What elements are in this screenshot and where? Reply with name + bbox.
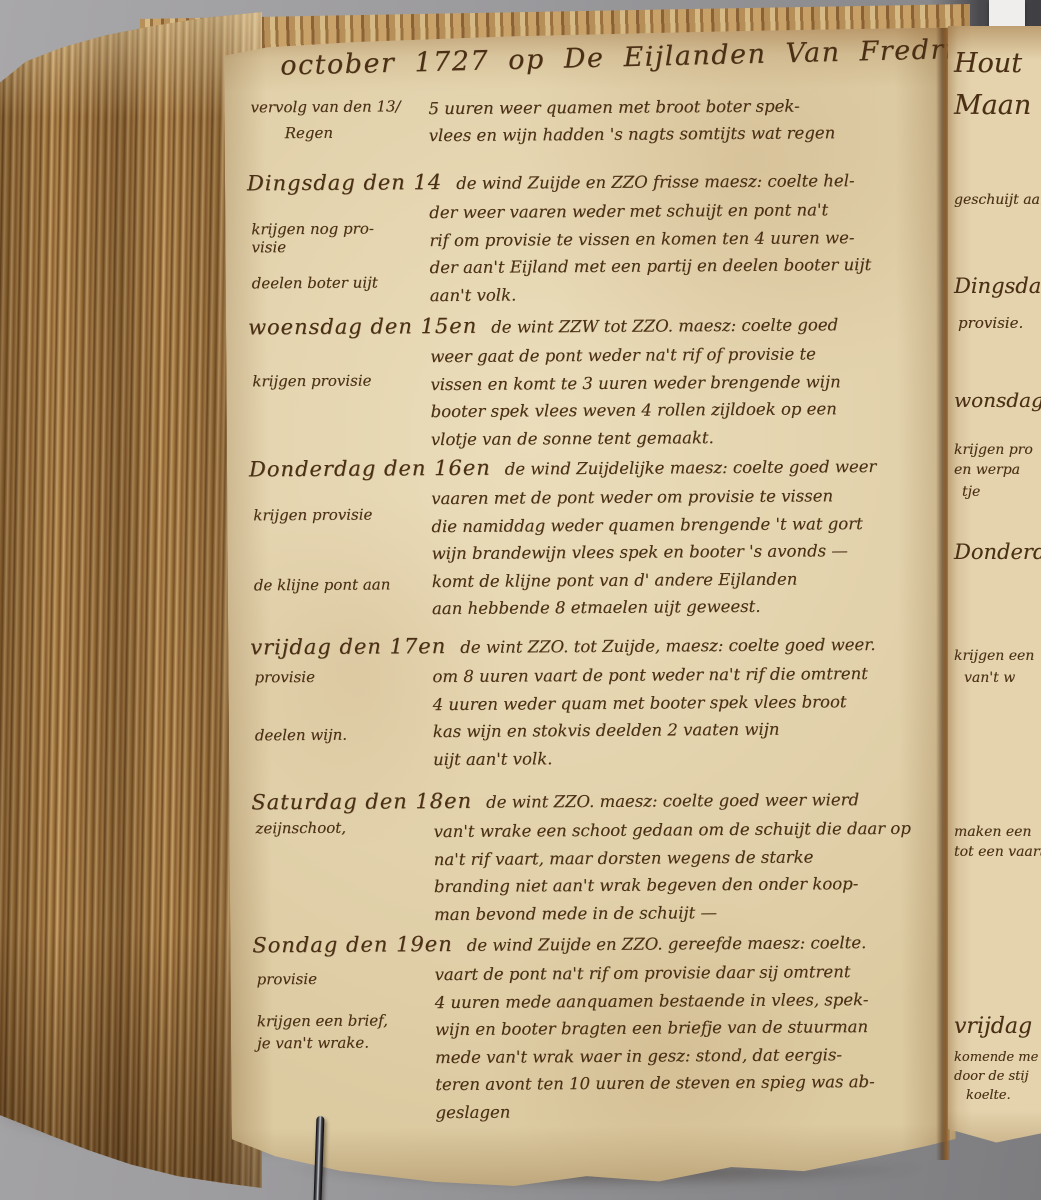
next-page-fragment: door de stij	[954, 1069, 1029, 1084]
next-page-fragment: wonsdag	[954, 388, 1041, 412]
entry-line: mede van't wrak waer in gesz: stond, dat…	[435, 1040, 947, 1071]
entry-line: komt de klijne pont van d' andere Eijlan…	[432, 564, 944, 595]
intro-block: vervolg van den 13/ Regen 5 uuren weer q…	[246, 92, 938, 151]
entry-line: 4 uuren mede aanquamen bestaende in vlee…	[435, 985, 947, 1016]
entry-day-heading: Donderdag den 16en	[249, 456, 491, 482]
entry-line: branding niet aan't wrak begeven den ond…	[434, 870, 946, 901]
book-fore-edge-pages	[0, 12, 262, 1188]
page-content: october 1727 op De Eijlanden Van Fredrik…	[224, 27, 956, 1192]
margin-note: krijgen nog pro-	[251, 219, 427, 238]
entry-day-heading: vrijdag den 17en	[250, 634, 446, 659]
next-page-fragment: geschuijt aan't	[954, 192, 1041, 208]
entry-line: vlotje van de sonne tent gemaakt.	[431, 422, 943, 453]
manuscript-photo: october 1727 op De Eijlanden Van Fredrik…	[0, 0, 1041, 1200]
next-page-fragment: Dingsda	[954, 274, 1041, 298]
margin-note: zeijnschoot,	[255, 818, 431, 837]
entry-line: booter spek vlees weven 4 rollen zijldoe…	[431, 395, 943, 426]
next-page-fragment: krijgen een	[954, 648, 1034, 664]
margin-note: vervolg van den 13/	[250, 97, 426, 116]
entry-first-line: de wind Zuijde en ZZO. gereefde maesz: c…	[467, 933, 867, 955]
intro-lines: 5 uuren weer quamen met broot boter spek…	[428, 92, 938, 150]
entry-line: vaaren met de pont weder om provisie te …	[431, 482, 943, 513]
next-page-fragment: provisie.	[958, 314, 1023, 332]
entry-line: die namiddag weder quamen brengende 't w…	[431, 509, 943, 540]
margin-note: Regen	[285, 123, 461, 142]
next-page-fragment: tot een vaart	[954, 844, 1041, 860]
entry-line: teren avont ten 10 uuren de steven en sp…	[435, 1068, 947, 1099]
journal-entry: krijgen nog pro-visiedeelen boter uijtDi…	[247, 164, 942, 311]
page-gutter-edge	[936, 28, 950, 1160]
margin-note: krijgen provisie	[253, 505, 429, 524]
entry-first-line: de wind Zuijde en ZZO frisse maesz: coel…	[456, 171, 854, 193]
entry-first-line: de wint ZZO. tot Zuijde, maesz: coelte g…	[460, 635, 875, 657]
next-page-fragment: maken een	[954, 824, 1031, 840]
journal-entry: provisiedeelen wijn.vrijdag den 17ende w…	[250, 628, 945, 775]
entry-first-line: de wind Zuijdelijke maesz: coelte goed w…	[505, 457, 877, 479]
entry-line: wijn brandewijn vlees spek en booter 's …	[432, 537, 944, 568]
entry-line: 4 uuren weder quam met booter spek vlees…	[433, 687, 945, 718]
entry-line: vissen en komt te 3 uuren weder brengend…	[430, 367, 942, 398]
entry-line: weer gaat de pont weder na't rif of prov…	[430, 340, 942, 371]
entry-first-line: de wint ZZO. maesz: coelte goed weer wie…	[486, 790, 859, 812]
next-page-fragment: krijgen pro	[954, 442, 1033, 458]
margin-note: provisie	[254, 667, 430, 686]
entry-line: 5 uuren weer quamen met broot boter spek…	[428, 92, 938, 123]
entry-line: aan hebbende 8 etmaelen uijt geweest.	[432, 592, 944, 623]
entry-line: rif om provisie te vissen en komen ten 4…	[429, 223, 941, 254]
margin-note: deelen boter uijt	[252, 273, 428, 292]
margin-note: je van't wrake.	[257, 1033, 433, 1052]
entry-line: geslagen	[435, 1095, 947, 1126]
entry-line: der weer vaaren weder met schuijt en pon…	[429, 196, 941, 227]
next-page-fragment: Maan	[954, 90, 1031, 121]
margin-note: provisie	[257, 969, 433, 988]
entry-day-heading: woensdag den 15en	[248, 314, 477, 340]
margin-note: de klijne pont aan	[254, 575, 430, 594]
next-page-fragment: van't w	[964, 670, 1015, 686]
margin-note: krijgen provisie	[252, 371, 428, 390]
entry-line: aan't volk.	[430, 278, 942, 309]
entry-line: man bevond mede in de schuijt —	[434, 897, 946, 928]
entry-line: kas wijn en stokvis deelden 2 vaaten wij…	[433, 715, 945, 746]
entry-first-line: de wint ZZW tot ZZO. maesz: coelte goed	[491, 315, 838, 336]
entry-line: na't rif vaart, maar dorsten wegens de s…	[434, 842, 946, 873]
entry-line: om 8 uuren vaart de pont weder na't rif …	[432, 660, 944, 691]
next-page-fragment: koelte.	[966, 1088, 1011, 1103]
journal-entry: krijgen provisiewoensdag den 15ende wint…	[248, 308, 943, 455]
margin-note: deelen wijn.	[255, 725, 431, 744]
entry-line: uijt aan't volk.	[433, 742, 945, 773]
next-page-fragment: vrijdag	[954, 1014, 1032, 1039]
next-page-edge: HoutMaangeschuijt aan'tDingsdaprovisie.w…	[948, 26, 1041, 1156]
journal-entry: krijgen provisiede klijne pont aanDonder…	[249, 450, 944, 624]
entry-line: der aan't Eijland met een partij en deel…	[430, 251, 942, 282]
entry-line: vlees en wijn hadden 's nagts somtijts w…	[429, 119, 939, 150]
entry-line: vaart de pont na't rif om provisie daar …	[434, 958, 946, 989]
margin-note: krijgen een brief,	[257, 1011, 433, 1030]
journal-entry: zeijnschoot,Saturdag den 18ende wint ZZO…	[251, 783, 946, 930]
entry-line: van't wrake een schoot gedaan om de schu…	[433, 815, 945, 846]
next-page-fragment: tje	[962, 484, 980, 500]
next-page-fragment: Hout	[954, 48, 1022, 79]
next-page-fragment: komende me	[954, 1050, 1038, 1065]
entry-day-heading: Dingsdag den 14	[247, 170, 442, 195]
next-page-fragment: en werpa	[954, 462, 1020, 478]
entry-line: wijn en booter bragten een briefje van d…	[435, 1013, 947, 1044]
entry-day-heading: Saturdag den 18en	[251, 789, 472, 815]
manuscript-page: october 1727 op De Eijlanden Van Fredrik…	[224, 27, 956, 1192]
entry-day-heading: Sondag den 19en	[252, 932, 453, 957]
reference-card	[989, 0, 1025, 30]
journal-entry: provisiekrijgen een brief,je van't wrake…	[252, 926, 947, 1128]
margin-note: visie	[251, 237, 427, 256]
next-page-fragment: Donderda	[954, 540, 1041, 564]
